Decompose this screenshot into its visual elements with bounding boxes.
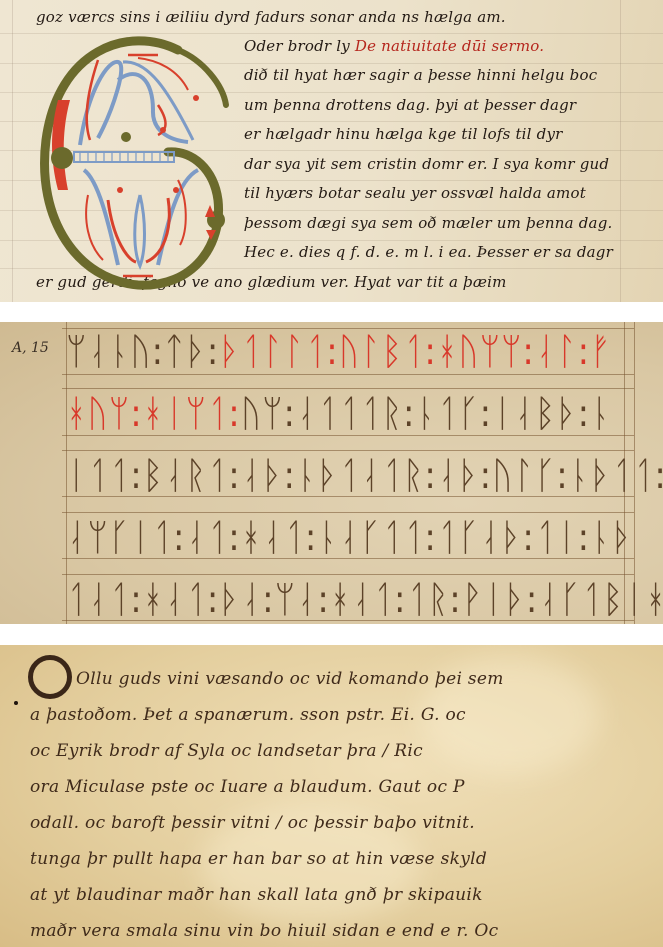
ruling-line [62,328,634,329]
rune-text: ᛐᛆᛐ:ᚼᛆᛐ:ᚦᛆ:ᛘᛆ:ᚼᛆᛐ:ᛐᚱ:ᚹᛁᚦ:ᛆᚴᛐᛒᛁᚼ: [66,578,663,622]
ruling-line [62,512,634,513]
rune-row: ᚼᚢᛘ:ᚼᛁᛘᛐ:ᚢᛘ:ᛆᛐᛐᛐᚱ:ᚿᛐᚴ:ᛁᛆᛒᚦ:ᚿ [66,392,612,436]
text-line: dar sya yit sem cristin domr er. I sya k… [244,155,609,173]
bullet-dot [14,701,18,705]
text-line: ora Miculase pste oc Iuare a blaudum. Ga… [30,777,465,797]
manuscript-panel-runic: A, 15 ᛘᛆᚿᚢ:ᛏᚦ:ᚦᛐᛚᛚᛐ:ᚢᛚᛒᛐ:ᚼᚢᛘᛘ:ᛆᛚ:ᚠ ᚼᚢᛘ:ᚼ… [0,322,663,624]
text-line: at yt blaudinar maðr han skall lata gnð … [30,885,483,905]
illuminated-initial-icon [28,30,233,292]
rune-text-red: ᚦᛐᛚᛚᛐ:ᚢᛚᛒᛐ:ᚼᚢᛘᛘ:ᛆᛚ:ᚠ [219,330,611,374]
rune-row: ᛁᛐᛐ:ᛒᛆᚱᛐ:ᛆᚦ:ᚿᚦᛐᛆᛐᚱ:ᛆᚦ:ᚢᛚᚴ:ᚿᚦᛐᛐ: [66,454,663,498]
text-line: um þenna drottens dag. þyi at þesser dag… [244,96,576,114]
rune-text: ᛘᛆᚿᚢ:ᛏᚦ: [66,330,219,374]
text-line: tunga þr pullt hapa er han bar so at hin… [30,849,487,869]
text-line: dið til hyat hær sagir a þesse hinni hel… [244,66,597,84]
text-line: goz værcs sins i æiliiu dyrd fadurs sona… [36,8,506,26]
ruling-line [62,388,634,389]
text-line: Oder brodr ly De natiuitate dūi sermo. [244,37,544,55]
text-line: odall. oc baroft þessir vitni / oc þessi… [30,813,475,833]
text-line: maðr vera smala sinu vin bo hiuil sidan … [30,921,498,941]
rubric-heading: De natiuitate dūi sermo. [355,37,544,55]
text-line: til hyærs botar sealu yer ossvæl halda a… [244,184,586,202]
rune-row: ᛆᛘᚴᛁᛐ:ᛆᛐ:ᚼᛆᛐ:ᚿᛆᚴᛐᛐ:ᛐᚴᛆᚦ:ᛐᛁ:ᚿᚦ [66,516,633,560]
rune-text: ᛁᛐᛐ:ᛒᛆᚱᛐ:ᛆᚦ:ᚿᚦᛐᛆᛐᚱ:ᛆᚦ:ᚢᛚᚴ:ᚿᚦᛐᛐ: [66,454,663,498]
text-line: Ollu guds vini væsando oc vid komando þe… [76,669,504,689]
text-line: er hælgadr hinu hælga kge til lofs til d… [244,125,563,143]
text-line-start: Oder brodr ly [244,37,350,55]
ruling-line [12,0,13,302]
folio-mark: A, 15 [12,340,49,356]
rune-text: ᚢᛘ:ᛆᛐᛐᛐᚱ:ᚿᛐᚴ:ᛁᛆᛒᚦ:ᚿ [241,392,612,436]
rune-text: ᛆᛘᚴᛁᛐ:ᛆᛐ:ᚼᛆᛐ:ᚿᛆᚴᛐᛐ:ᛐᚴᛆᚦ:ᛐᛁ:ᚿᚦ [66,516,633,560]
ruling-line [62,450,634,451]
text-line: Hec e. dies q f. d. e. m l. i ea. Þesser… [244,243,613,261]
text-line: a þastoðom. Þet a spanærum. sson pstr. E… [30,705,466,725]
manuscript-panel-homily: goz værcs sins i æiliiu dyrd fadurs sona… [0,0,663,302]
ruling-line [62,374,634,375]
ruling-line [62,574,634,575]
text-line: oc Eyrik brodr af Syla oc landsetar þra … [30,741,423,761]
ruling-line [620,0,621,302]
decorated-initial-icon [28,655,72,699]
rune-row: ᛐᛆᛐ:ᚼᛆᛐ:ᚦᛆ:ᛘᛆ:ᚼᛆᛐ:ᛐᚱ:ᚹᛁᚦ:ᛆᚴᛐᛒᛁᚼ: [66,578,663,622]
rune-row: ᛘᛆᚿᚢ:ᛏᚦ:ᚦᛐᛚᛚᛐ:ᚢᛚᛒᛐ:ᚼᚢᛘᛘ:ᛆᛚ:ᚠ [66,330,612,374]
manuscript-panel-charter: Ollu guds vini væsando oc vid komando þe… [0,645,663,947]
text-line: þessom dægi sya sem oð mæler um þenna da… [244,214,612,232]
rune-text-red: ᚼᚢᛘ:ᚼᛁᛘᛐ: [66,392,241,436]
